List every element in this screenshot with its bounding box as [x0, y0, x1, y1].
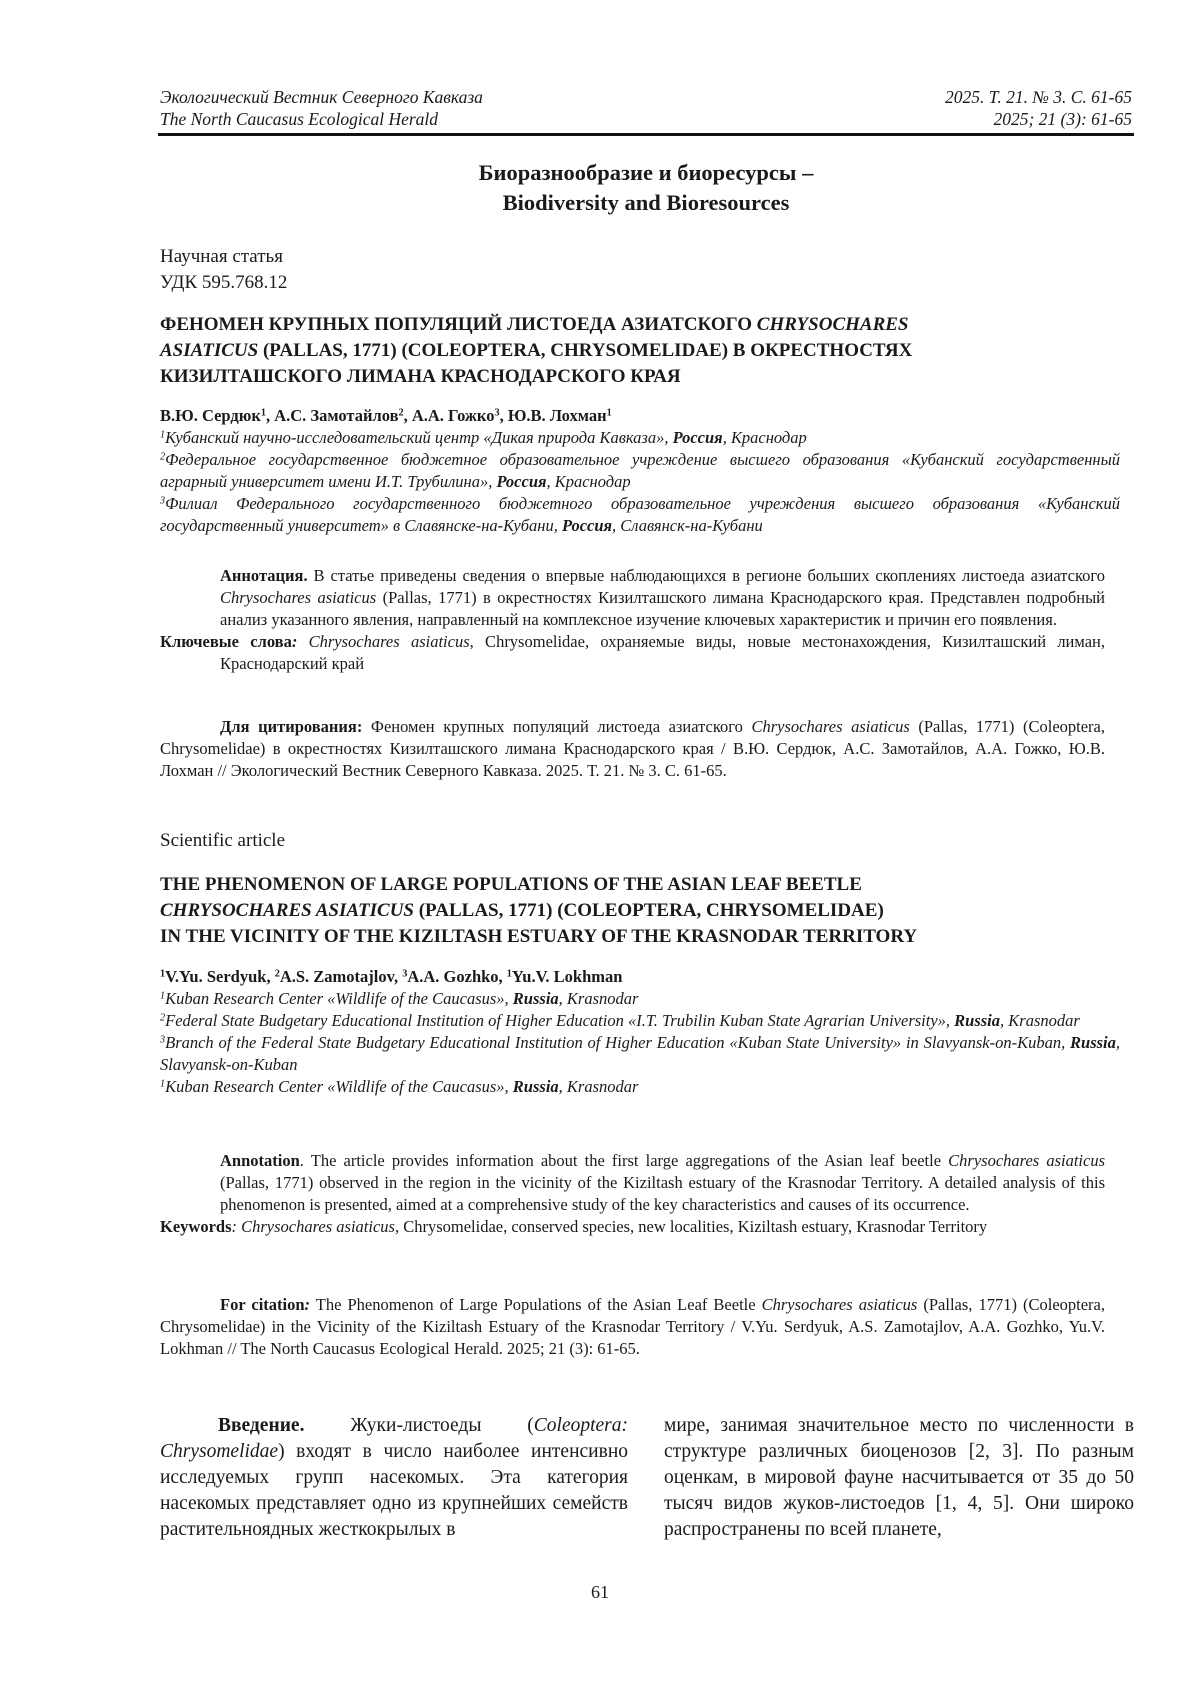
page-number: 61: [0, 1582, 1200, 1603]
authors-ru: В.Ю. Сердюк1, А.С. Замотайлов2, А.А. Гож…: [160, 405, 1120, 537]
article-type-ru: Научная статья: [160, 244, 287, 270]
affiliation-en-4: 1Kuban Research Center «Wildlife of the …: [160, 1076, 1120, 1098]
intro-heading: Введение.: [218, 1415, 304, 1436]
issue-info-en: 2025; 21 (3): 61-65: [993, 108, 1132, 130]
article-meta: Научная статья УДК 595.768.12: [160, 244, 287, 296]
affiliation-en-1: 1Kuban Research Center «Wildlife of the …: [160, 988, 1120, 1010]
affiliation-ru-1: 1Кубанский научно-исследовательский цент…: [160, 427, 1120, 449]
body-column-left: Введение. Жуки-листоеды (Coleoptera: Chr…: [160, 1413, 628, 1543]
article-type-en: Scientific article: [160, 828, 285, 854]
keywords-en: Keywords: Chrysochares asiaticus, Chryso…: [138, 1216, 1105, 1238]
udc-code: УДК 595.768.12: [160, 270, 287, 296]
section-title-en: Biodiversity and Bioresources: [160, 188, 1132, 218]
abstract-ru-text: Аннотация. В статье приведены сведения о…: [160, 565, 1105, 631]
affiliation-ru-3: 3Филиал Федерального государственного бю…: [160, 493, 1120, 537]
journal-title-ru: Экологический Вестник Северного Кавказа: [160, 86, 483, 108]
article-title-ru: ФЕНОМЕН КРУПНЫХ ПОПУЛЯЦИЙ ЛИСТОЕДА АЗИАТ…: [160, 312, 1120, 390]
author-list-en: 1V.Yu. Serdyuk, 2A.S. Zamotajlov, 3A.A. …: [160, 966, 1120, 988]
affiliation-en-3: 3Branch of the Federal State Budgetary E…: [160, 1032, 1120, 1076]
citation-ru: Для цитирования: Феномен крупных популяц…: [160, 716, 1105, 782]
affiliation-en-2: 2Federal State Budgetary Educational Ins…: [160, 1010, 1120, 1032]
header-rule: [158, 133, 1134, 136]
issue-info-ru: 2025. Т. 21. № 3. С. 61-65: [945, 86, 1132, 108]
abstract-ru: Аннотация. В статье приведены сведения о…: [160, 565, 1105, 675]
body-column-right: мире, занимая значительное место по числ…: [664, 1413, 1134, 1543]
author-list-ru: В.Ю. Сердюк1, А.С. Замотайлов2, А.А. Гож…: [160, 405, 1120, 427]
journal-title-en: The North Caucasus Ecological Herald: [160, 108, 438, 130]
authors-en: 1V.Yu. Serdyuk, 2A.S. Zamotajlov, 3A.A. …: [160, 966, 1120, 1098]
section-title-ru: Биоразнообразие и биоресурсы –: [160, 158, 1132, 188]
running-header: Экологический Вестник Северного Кавказа …: [160, 86, 1132, 130]
abstract-en-text: Annotation. The article provides informa…: [160, 1150, 1105, 1216]
paper-page: Экологический Вестник Северного Кавказа …: [0, 0, 1200, 1697]
affiliation-ru-2: 2Федеральное государственное бюджетное о…: [160, 449, 1120, 493]
citation-en: For citation: The Phenomenon of Large Po…: [160, 1294, 1105, 1360]
section-title: Биоразнообразие и биоресурсы – Biodivers…: [160, 158, 1132, 218]
article-title-en: THE PHENOMENON OF LARGE POPULATIONS OF T…: [160, 872, 1120, 950]
abstract-en: Annotation. The article provides informa…: [160, 1150, 1105, 1238]
keywords-ru: Ключевые слова: Chrysochares asiaticus, …: [160, 631, 1105, 675]
